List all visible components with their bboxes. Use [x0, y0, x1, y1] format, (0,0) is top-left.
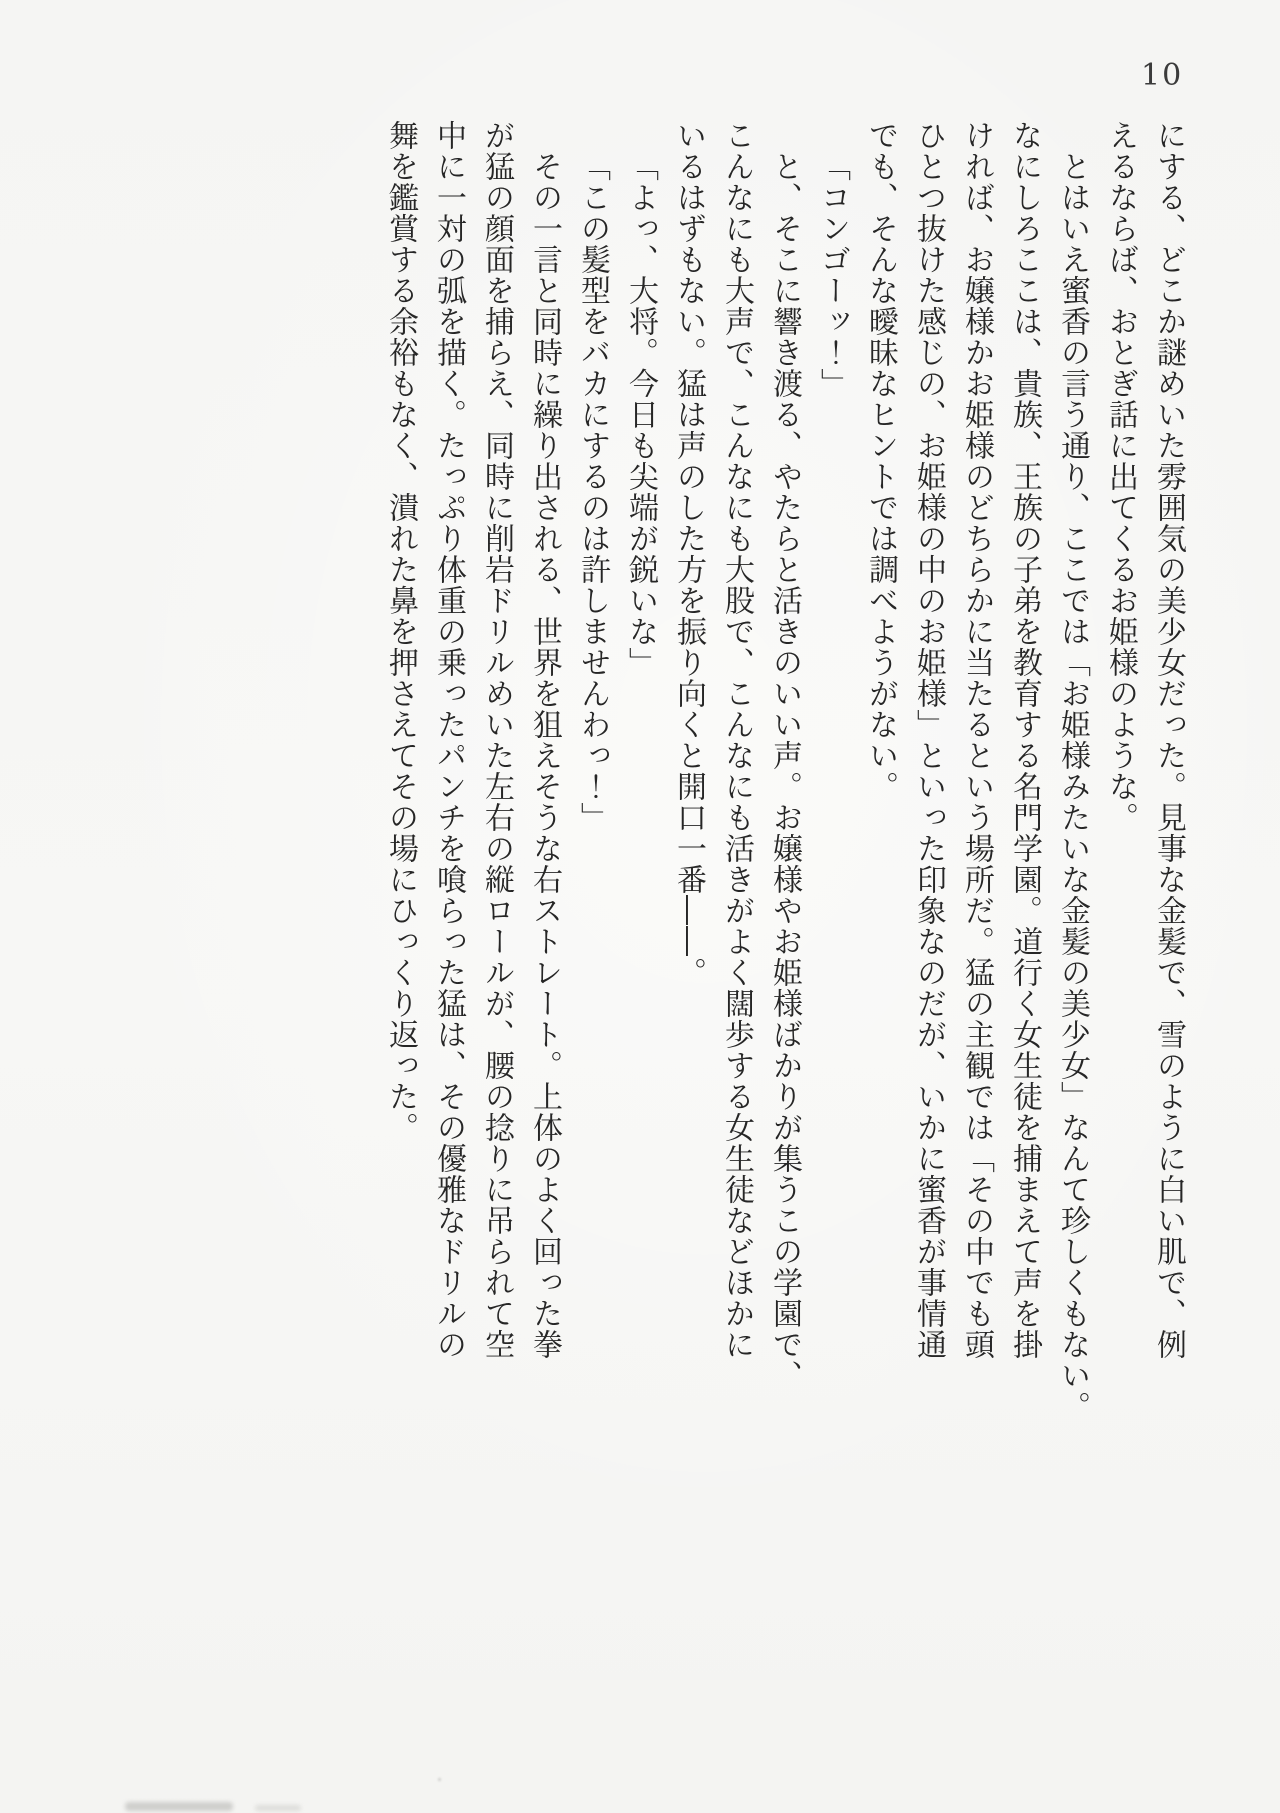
vertical-text-block: にする、どこか謎めいた雰囲気の美少女だった。見事な金髪で、雪のように白い肌で、例…: [376, 120, 1192, 1422]
text-line: 「この髪型をバカにするのは許しませんわっ！」: [568, 120, 616, 1422]
text-line: と、そこに響き渡る、やたらと活きのいい声。お嬢様やお姫様ばかりが集うこの学園で、: [760, 120, 808, 1422]
scan-artifact-smudge: [255, 1805, 301, 1811]
text-line: が猛の顔面を捕らえ、同時に削岩ドリルめいた左右の縦ロールが、腰の捻りに吊られて空: [472, 120, 520, 1422]
text-line: とはいえ蜜香の言う通り、ここでは「お姫様みたいな金髪の美少女」なんて珍しくもない…: [1048, 120, 1096, 1422]
text-line: ひとつ抜けた感じの、お姫様の中のお姫様」といった印象なのだが、いかに蜜香が事情通: [904, 120, 952, 1422]
page-number: 10: [1141, 58, 1183, 93]
text-line: その一言と同時に繰り出される、世界を狙えそうな右ストレート。上体のよく回った拳: [520, 120, 568, 1422]
text-line: いるはずもない。猛は声のした方を振り向くと開口一番――。: [664, 120, 712, 1422]
text-line: でも、そんな曖昧なヒントでは調べようがない。: [856, 120, 904, 1422]
text-line: えるならば、おとぎ話に出てくるお姫様のような。: [1096, 120, 1144, 1422]
text-line: 「よっ、大将。今日も尖端が鋭いな」: [616, 120, 664, 1422]
text-line: こんなにも大声で、こんなにも大股で、こんなにも活きがよく闊歩する女生徒などほかに: [712, 120, 760, 1422]
text-line: ければ、お嬢様かお姫様のどちらかに当たるという場所だ。猛の主観では「その中でも頭: [952, 120, 1000, 1422]
text-line: にする、どこか謎めいた雰囲気の美少女だった。見事な金髪で、雪のように白い肌で、例: [1144, 120, 1192, 1422]
book-page-scan: 10 にする、どこか謎めいた雰囲気の美少女だった。見事な金髪で、雪のように白い肌…: [0, 0, 1280, 1813]
text-line: なにしろここは、貴族、王族の子弟を教育する名門学園。道行く女生徒を捕まえて声を掛: [1000, 120, 1048, 1422]
scan-artifact-smudge: [125, 1802, 233, 1811]
text-line: 舞を鑑賞する余裕もなく、潰れた鼻を押さえてその場にひっくり返った。: [376, 120, 424, 1422]
scan-artifact-speck: [438, 1778, 441, 1781]
text-line: 中に一対の弧を描く。たっぷり体重の乗ったパンチを喰らった猛は、その優雅なドリルの: [424, 120, 472, 1422]
text-line: 「コンゴーッ！」: [808, 120, 856, 1422]
